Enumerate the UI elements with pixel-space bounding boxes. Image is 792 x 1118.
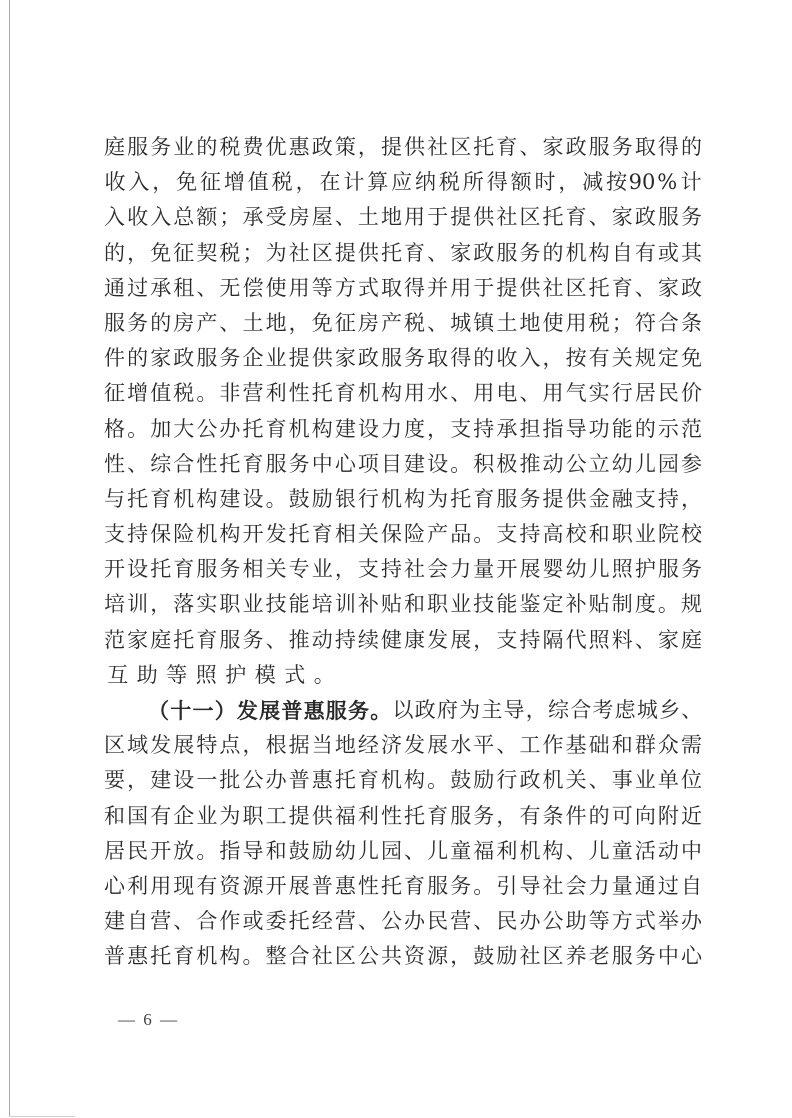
- text-line: 互助等照护模式。: [103, 658, 703, 693]
- text-line: 通过承租、无偿使用等方式取得并用于提供社区托育、家政: [103, 271, 703, 306]
- scan-artifact: [9, 1116, 75, 1117]
- text-line: 区域发展特点，根据当地经济发展水平、工作基础和群众需: [103, 728, 703, 763]
- text-line: 建自营、合作或委托经营、公办民营、民办公助等方式举办: [103, 904, 703, 939]
- text-line: 入收入总额；承受房屋、土地用于提供社区托育、家政服务: [103, 200, 703, 235]
- text-line: 培训，落实职业技能培训补贴和职业技能鉴定补贴制度。规: [103, 587, 703, 622]
- text-line: 服务的房产、土地，免征房产税、城镇土地使用税；符合条: [103, 306, 703, 341]
- text-line: 范家庭托育服务、推动持续健康发展，支持隔代照料、家庭: [103, 623, 703, 658]
- text-line: 格。加大公办托育机构建设力度，支持承担指导功能的示范: [103, 412, 703, 447]
- scan-edge-line: [9, 0, 10, 1116]
- page-number: — 6 —: [118, 1010, 179, 1030]
- text-line: 要，建设一批公办普惠托育机构。鼓励行政机关、事业单位: [103, 763, 703, 798]
- text-line: 心利用现有资源开展普惠性托育服务。引导社会力量通过自: [103, 869, 703, 904]
- text-line: 支持保险机构开发托育相关保险产品。支持高校和职业院校: [103, 517, 703, 552]
- text-line: 件的家政服务企业提供家政服务取得的收入，按有关规定免: [103, 341, 703, 376]
- text-line: 的，免征契税；为社区提供托育、家政服务的机构自有或其: [103, 236, 703, 271]
- text-line: 居民开放。指导和鼓励幼儿园、儿童福利机构、儿童活动中: [103, 834, 703, 869]
- section-heading-line: （十一）发展普惠服务。以政府为主导，综合考虑城乡、: [103, 693, 703, 728]
- document-body: 庭服务业的税费优惠政策，提供社区托育、家政服务取得的收入，免征增值税，在计算应纳…: [103, 130, 703, 975]
- text-line: 性、综合性托育服务中心项目建设。积极推动公立幼儿园参: [103, 447, 703, 482]
- text-line: 征增值税。非营利性托育机构用水、用电、用气实行居民价: [103, 376, 703, 411]
- text-line: 与托育机构建设。鼓励银行机构为托育服务提供金融支持，: [103, 482, 703, 517]
- text-line: 和国有企业为职工提供福利性托育服务，有条件的可向附近: [103, 799, 703, 834]
- text-line: 收入，免征增值税，在计算应纳税所得额时，减按90%计: [103, 165, 703, 200]
- text-line: 庭服务业的税费优惠政策，提供社区托育、家政服务取得的: [103, 130, 703, 165]
- text-line: 开设托育服务相关专业，支持社会力量开展婴幼儿照护服务: [103, 552, 703, 587]
- text-line: 普惠托育机构。整合社区公共资源，鼓励社区养老服务中心: [103, 939, 703, 974]
